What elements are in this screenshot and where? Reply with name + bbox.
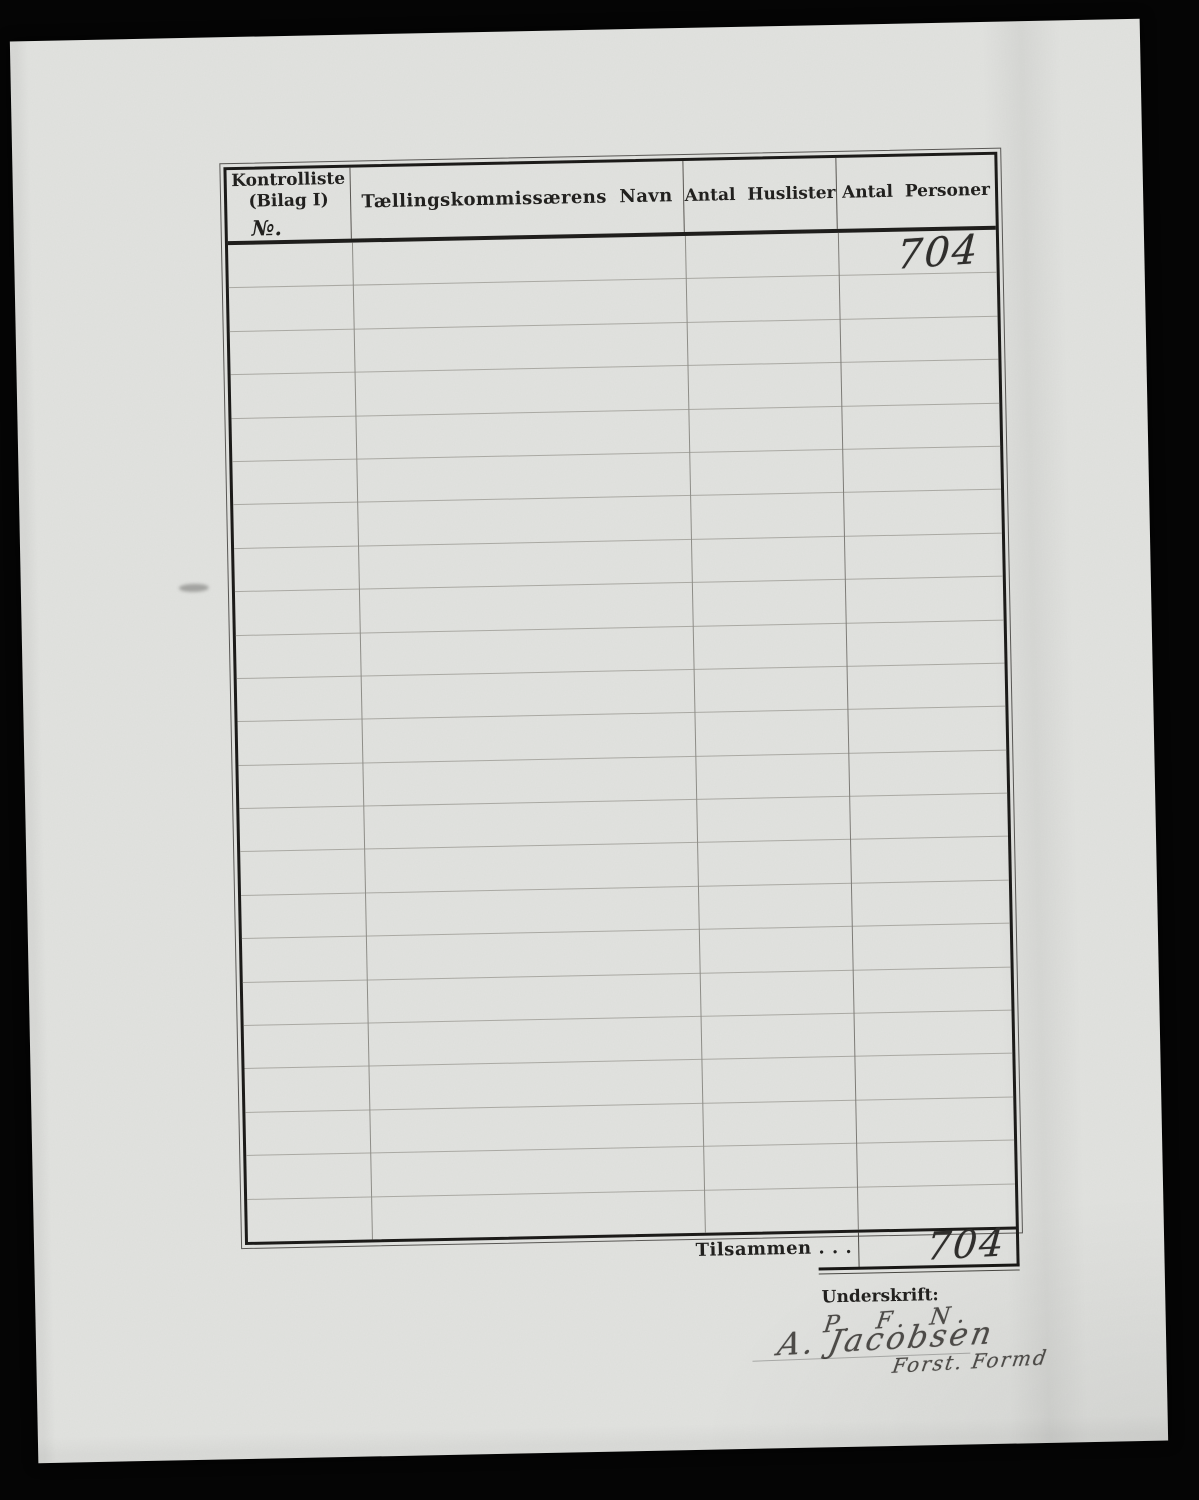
header-cell-navn: Tællingskommissærens Navn bbox=[350, 161, 684, 239]
header-line: Antal Huslister bbox=[684, 183, 835, 207]
tilsammen-handwritten-value: 704 bbox=[900, 1219, 1032, 1270]
header-cell-personer: Antal Personer bbox=[836, 155, 995, 229]
table-body: 704 bbox=[228, 230, 1016, 1242]
control-table: Kontrolliste (Bilag I) №. Tællingskommis… bbox=[223, 152, 1018, 1245]
header-line: Tællingskommissærens Navn bbox=[361, 185, 673, 214]
column-divider-extension bbox=[858, 1233, 860, 1269]
header-cell-huslister: Antal Huslister bbox=[683, 158, 837, 232]
header-line: Kontrolliste bbox=[231, 168, 345, 192]
tilsammen-label: Tilsammen . . . bbox=[634, 1237, 852, 1262]
header-cell-kontrolliste: Kontrolliste (Bilag I) №. bbox=[226, 168, 351, 241]
scan-background: Kontrolliste (Bilag I) №. Tællingskommis… bbox=[0, 0, 1199, 1500]
paper-smudge bbox=[179, 584, 209, 593]
header-line: Antal Personer bbox=[842, 180, 990, 204]
paper-sheet: Kontrolliste (Bilag I) №. Tællingskommis… bbox=[10, 19, 1168, 1463]
numero-sign: №. bbox=[251, 215, 282, 242]
header-line: (Bilag I) bbox=[248, 190, 329, 213]
